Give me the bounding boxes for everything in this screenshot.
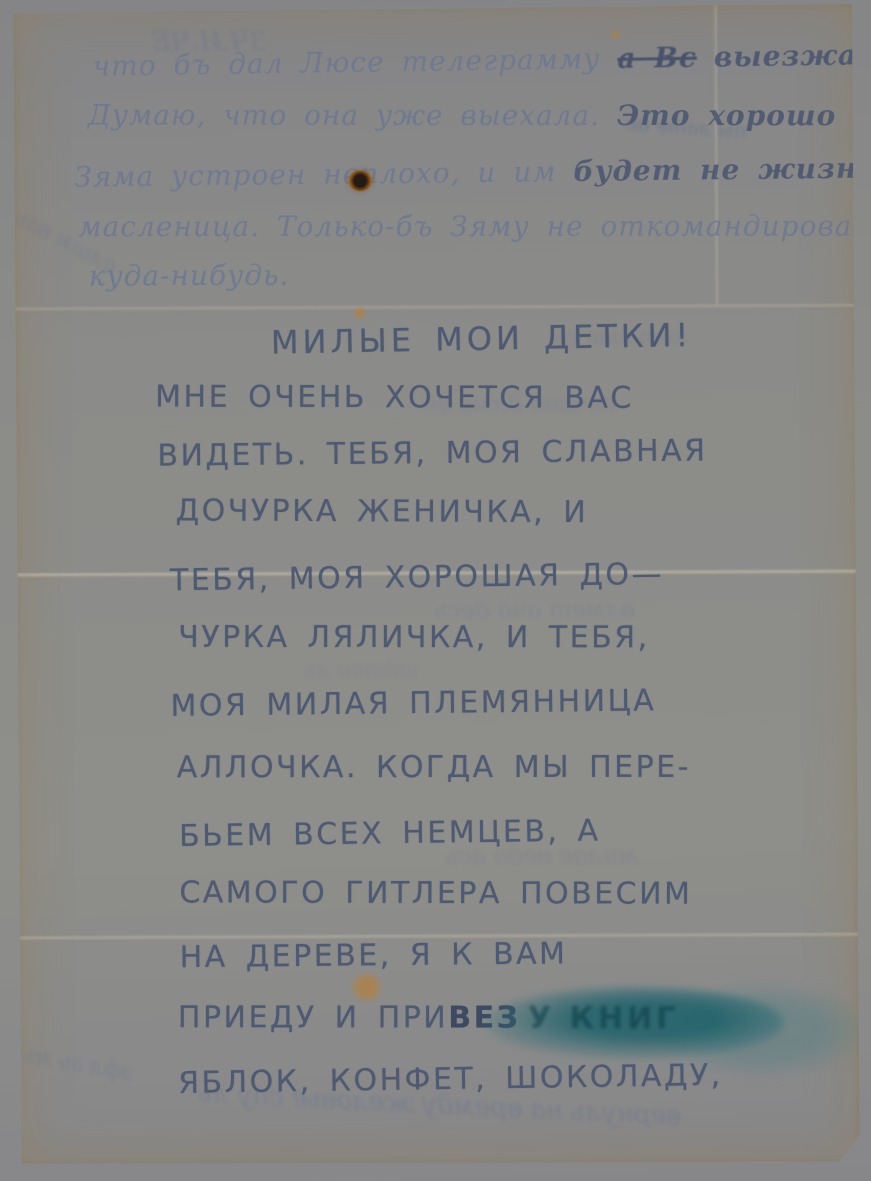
smudged-word: У КНИГ (528, 1001, 680, 1037)
burn-hole (348, 170, 372, 191)
cursive-line-text: масленица. Только-бъ Зяму не откомандиро… (78, 209, 871, 243)
print-line: ДОЧУРКА ЖЕНИЧКА, И (176, 493, 589, 530)
cursive-line-text-dark: Это хорошо — (617, 99, 871, 132)
print-line-text: АЛЛОЧКА. КОГДА МЫ ПЕРЕ- (177, 750, 691, 785)
print-line-text: МНЕ ОЧЕНЬ ХОЧЕТСЯ ВАС (155, 380, 634, 416)
print-line: НА ДЕРЕВЕ, Я К ВАМ (179, 936, 567, 975)
print-line-text: ЧУРКА ЛЯЛИЧКА, И ТЕБЯ, (178, 620, 649, 655)
cursive-line: куда-нибудь. (89, 259, 290, 293)
cursive-line-text: куда-нибудь. (89, 259, 290, 293)
print-line-text: ПРИЕДУ И ПРИ (178, 1000, 448, 1035)
print-line-text: САМОГО ГИТЛЕРА ПОВЕСИМ (179, 875, 692, 911)
print-line-text: НА ДЕРЕВЕ, Я К ВАМ (179, 936, 567, 975)
print-line: АЛЛОЧКА. КОГДА МЫ ПЕРЕ- (177, 750, 691, 785)
print-line: МОЯ МИЛАЯ ПЛЕМЯННИЦА (170, 683, 656, 724)
cursive-line-text-dark: будет не жизнь, а (573, 151, 871, 188)
bleedthrough-text: шдето ль (304, 658, 419, 684)
print-line: МНЕ ОЧЕНЬ ХОЧЕТСЯ ВАС (155, 380, 634, 416)
print-line: ЧУРКА ЛЯЛИЧКА, И ТЕБЯ, (178, 620, 649, 655)
print-line: ТЕБЯ, МОЯ ХОРОШАЯ ДО— (170, 557, 664, 598)
print-line-text: ДОЧУРКА ЖЕНИЧКА, И (176, 493, 589, 530)
rust-stain (350, 972, 384, 1002)
photograph-of-letter: ЗЧ.И.ЧЕ елшм ваь пы лате ве котлаве сь с… (0, 0, 871, 1181)
print-line: САМОГО ГИТЛЕРА ПОВЕСИМ (179, 875, 692, 911)
print-line: ПРИЕДУ И ПРИВЕЗ (178, 1000, 521, 1035)
cursive-line: Зяма устроен неплохо, и им будет не жизн… (74, 151, 871, 194)
cursive-line-text: Зяма устроен неплохо, и им (74, 155, 557, 193)
print-line-text: МИЛЫЕ МОИ ДЕТКИ! (271, 316, 693, 362)
print-line-salutation: МИЛЫЕ МОИ ДЕТКИ! (271, 316, 693, 362)
cursive-line-text-dark: выезжай! (714, 38, 871, 74)
print-line-text: БЬЕМ ВСЕХ НЕМЦЕВ, А (179, 813, 601, 854)
crossed-out-words: а Вс (617, 41, 697, 75)
print-line: БЬЕМ ВСЕХ НЕМЦЕВ, А (179, 813, 601, 854)
rust-stain (353, 306, 367, 319)
print-line: ВИДЕТЬ. ТЕБЯ, МОЯ СЛАВНАЯ (157, 433, 707, 473)
print-line-text: ВИДЕТЬ. ТЕБЯ, МОЯ СЛАВНАЯ (157, 433, 707, 473)
print-line-text: МОЯ МИЛАЯ ПЛЕМЯННИЦА (170, 683, 656, 724)
cursive-line-text: Думаю, что она уже выехала. (88, 98, 600, 131)
print-line-text: ЯБЛОК, КОНФЕТ, ШОКОЛАДУ, (178, 1058, 723, 1101)
print-line: ЯБЛОК, КОНФЕТ, ШОКОЛАДУ, (178, 1058, 723, 1101)
bleedthrough-text: эфл зь мь (21, 1042, 135, 1086)
cursive-line: масленица. Только-бъ Зяму не откомандиро… (78, 209, 871, 243)
rust-stain (610, 29, 622, 40)
cursive-line: Думаю, что она уже выехала. Это хорошо — (88, 98, 871, 132)
paper-crease (15, 304, 856, 312)
cursive-line-text: что бъ дал Люсе телеграмму (93, 42, 601, 83)
print-line-text: ТЕБЯ, МОЯ ХОРОШАЯ ДО— (170, 557, 664, 598)
letter-paper: ЗЧ.И.ЧЕ елшм ваь пы лате ве котлаве сь с… (13, 4, 859, 1165)
